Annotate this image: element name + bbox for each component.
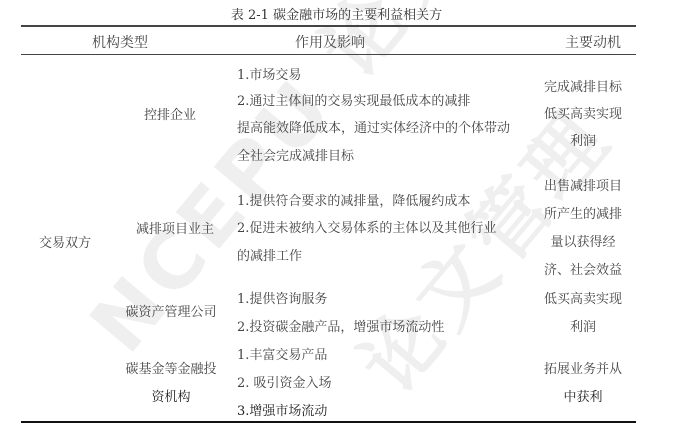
row-motive: 济、社会效益 <box>533 259 633 278</box>
row-effect: 2.投资碳金融产品，增强市场流动性 <box>237 316 444 335</box>
row-effect: 的减排工作 <box>237 245 302 264</box>
top-rule <box>21 25 636 27</box>
row-type: 碳基金等金融投 <box>115 358 227 377</box>
row-type: 减排项目业主 <box>120 218 230 237</box>
row-motive: 拓展业务并从 <box>533 358 633 377</box>
row-effect: 提高能效降低成本，通过实体经济中的个体带动 <box>237 117 510 136</box>
header-rule <box>21 54 636 55</box>
row-motive: 所产生的减排 <box>533 203 633 222</box>
group-label-trading-parties: 交易双方 <box>39 232 91 251</box>
row-effect: 1.提供符合要求的减排量，降低履约成本 <box>237 190 470 209</box>
row-effect: 全社会完成减排目标 <box>237 145 354 164</box>
row-motive: 低买高卖实现 <box>533 103 633 122</box>
row-motive: 利润 <box>533 316 633 335</box>
row-effect: 3.增强市场流动 <box>237 400 327 419</box>
header-institution-type: 机构类型 <box>70 32 170 52</box>
row-motive: 低买高卖实现 <box>533 288 633 307</box>
row-effect: 2. 吸引资金入场 <box>237 372 332 391</box>
row-effect: 1.提供咨询服务 <box>237 288 327 307</box>
row-type: 碳资产管理公司 <box>115 301 227 320</box>
row-effect: 1.市场交易 <box>237 64 301 83</box>
row-motive: 完成减排目标 <box>533 76 633 95</box>
row-motive: 量以获得经 <box>533 231 633 250</box>
bottom-rule <box>21 421 636 423</box>
row-type: 控排企业 <box>120 104 220 123</box>
row-motive: 中获利 <box>533 386 633 405</box>
row-type: 资机构 <box>115 386 227 405</box>
table-caption: 表 2-1 碳金融市场的主要利益相关方 <box>0 4 673 23</box>
row-motive: 出售减排项目 <box>533 175 633 194</box>
row-effect: 1.丰富交易产品 <box>237 344 327 363</box>
header-motive: 主要动机 <box>548 32 638 52</box>
row-effect: 2.促进未被纳入交易体系的主体以及其他行业 <box>237 217 496 236</box>
header-effects: 作用及影响 <box>270 32 390 52</box>
row-motive: 利润 <box>533 130 633 149</box>
row-effect: 2.通过主体间的交易实现最低成本的减排 <box>237 90 470 109</box>
